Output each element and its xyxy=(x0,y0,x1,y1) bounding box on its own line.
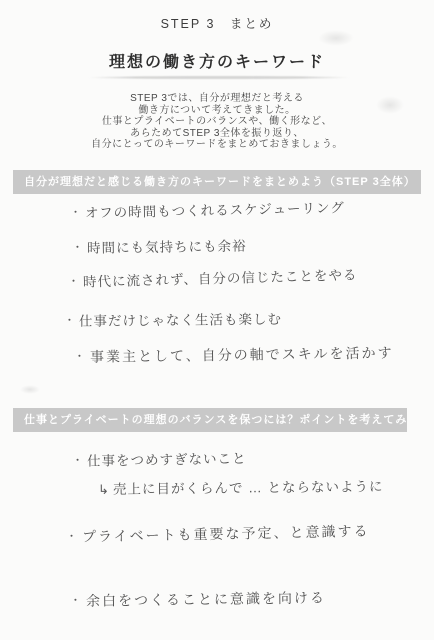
step-label: STEP 3 まとめ xyxy=(0,14,434,32)
handwritten-note: ・仕事をつめすぎないこと xyxy=(72,447,247,470)
handwritten-note: ・時間にも気持ちにも余裕 xyxy=(72,235,247,257)
scan-smudge xyxy=(318,30,354,46)
page-title: 理想の働き方のキーワード xyxy=(0,49,434,72)
handwritten-note: ・余白をつくることに意識を向ける xyxy=(70,587,326,611)
handwritten-note: ・オフの時間もつくれるスケジューリング xyxy=(70,196,345,222)
note-text: 余白をつくることに意識を向ける xyxy=(86,589,326,608)
note-text: 事業主として、自分の軸でスキルを活かす xyxy=(90,345,394,365)
note-text: オフの時間もつくれるスケジューリング xyxy=(85,200,345,220)
section-banner-balance: 仕事とプライベートの理想のバランスを保つには？ポイントを考えてみよう xyxy=(13,408,407,432)
handwritten-note-sub: ↳売上に目がくらんで … とならないように xyxy=(98,475,384,498)
handwritten-note: ・仕事だけじゃなく生活も楽しむ xyxy=(64,308,282,330)
section-banner-keywords: 自分が理想だと感じる働き方のキーワードをまとめよう（STEP 3全体） xyxy=(13,170,421,194)
intro-line: あらためてSTEP 3全体を振り返り、 xyxy=(0,128,434,140)
intro-paragraph: STEP 3では、自分が理想だと考える 働き方について考えてきました。 仕事とプ… xyxy=(0,93,434,151)
intro-line: 仕事とプライベートのバランスや、働く形など、 xyxy=(0,116,434,128)
bullet-dot: ・ xyxy=(70,207,82,219)
note-text: 売上に目がくらんで … とならないように xyxy=(113,479,384,497)
bullet-dot: ・ xyxy=(70,595,83,607)
title-underline xyxy=(87,76,351,79)
bullet-dot: ・ xyxy=(64,315,76,327)
note-text: 時間にも気持ちにも余裕 xyxy=(87,239,247,256)
note-text: 時代に流されず、自分の信じたことをやる xyxy=(83,267,358,289)
note-text: 仕事をつめすぎないこと xyxy=(87,451,247,469)
handwritten-note: ・事業主として、自分の軸でスキルを活かす xyxy=(74,343,394,367)
bullet-dot: ・ xyxy=(68,276,80,288)
bullet-dot: ・ xyxy=(66,531,79,543)
worksheet-page: STEP 3 まとめ 理想の働き方のキーワード STEP 3では、自分が理想だと… xyxy=(0,0,434,640)
arrow-icon: ↳ xyxy=(98,482,110,497)
handwritten-note: ・時代に流されず、自分の信じたことをやる xyxy=(68,263,358,291)
note-text: プライベートも重要な予定、と意識する xyxy=(82,523,370,545)
bullet-dot: ・ xyxy=(72,242,84,254)
scan-smudge xyxy=(20,385,40,394)
bullet-dot: ・ xyxy=(72,455,84,467)
note-text: 仕事だけじゃなく生活も楽しむ xyxy=(79,312,282,329)
intro-line: STEP 3では、自分が理想だと考える xyxy=(0,93,434,105)
intro-line: 自分にとってのキーワードをまとめておきましょう。 xyxy=(0,139,434,151)
intro-line: 働き方について考えてきました。 xyxy=(0,105,434,117)
handwritten-note: ・プライベートも重要な予定、と意識する xyxy=(66,521,370,547)
bullet-dot: ・ xyxy=(74,351,87,363)
